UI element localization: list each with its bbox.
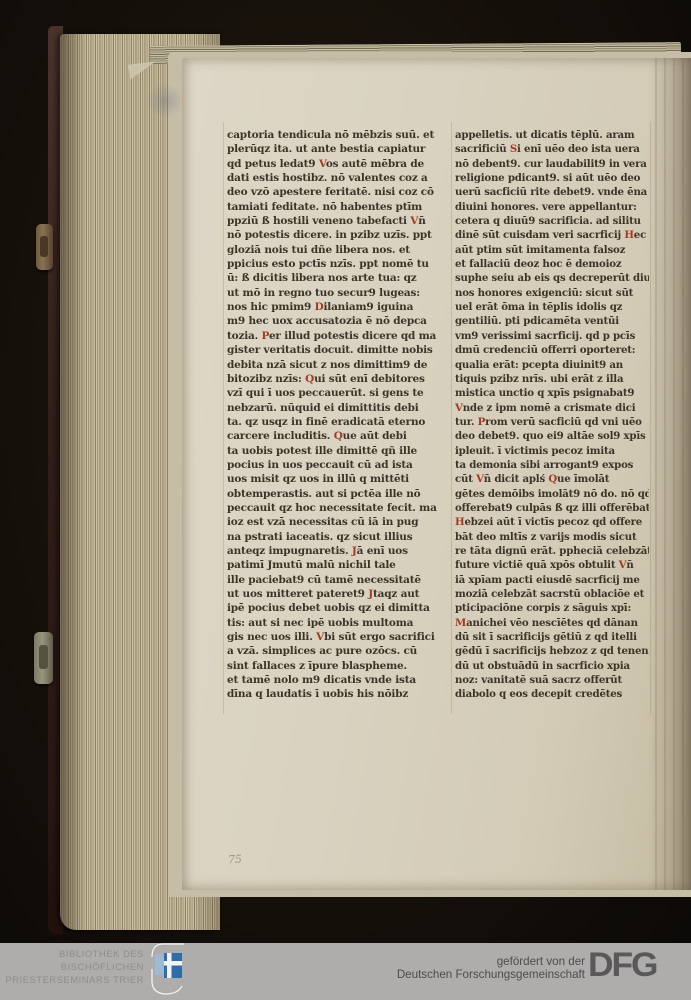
- manuscript-text-line: a vzā. simplices ac pure ozōcs. cū: [227, 644, 450, 658]
- manuscript-text-line: ut mō in regno tuo secur9 lugeas:: [227, 286, 450, 300]
- manuscript-text-line: dinē sūt cuisdam veri sacrficij Hec: [455, 228, 649, 242]
- manuscript-text-line: ta demonia sibi arrogant9 expos: [455, 458, 649, 472]
- manuscript-text-line: gēdū ī sacrificijs hebzoz z qd tenen: [455, 644, 649, 658]
- manuscript-text-line: deo debet9. quo ei9 altāe sol9 xpīs: [455, 429, 649, 443]
- manuscript-text-line: vzī qui ī uos peccauerūt. si gens te: [227, 386, 450, 400]
- manuscript-text-line: deo vzō apestere feritatē. nisi coz cō: [227, 185, 450, 199]
- manuscript-text-line: ta uobis potest ille dimittē qñ ille: [227, 444, 450, 458]
- manuscript-text-line: ipleuit. ī victimis pecoz imita: [455, 444, 649, 458]
- ruling-line-center: [451, 122, 452, 714]
- rubricated-initial: P: [478, 416, 485, 428]
- manuscript-text-line: cūt Vn̄ dicit aplś Que īmolāt: [455, 472, 649, 486]
- manuscript-text-line: patimī Jmutū malū nichil tale: [227, 558, 450, 572]
- manuscript-text-line: tur. Prom verū sacficiū qd vni uēo: [455, 415, 649, 429]
- manuscript-text-line: cetera q diuū9 sacrificia. ad silitu: [455, 214, 649, 228]
- rubricated-initial: V: [319, 158, 326, 170]
- dfg-logo: DFG: [588, 946, 656, 984]
- manuscript-text-line: dati estis hostibz. nō valentes coz a: [227, 171, 450, 185]
- manuscript-text-line: tamiati feditate. nō habentes ptīm: [227, 200, 450, 214]
- manuscript-text-line: dū ut obstuādū in sacrficio xpia: [455, 659, 649, 673]
- manuscript-text-line: ppziū ß hostili veneno tabefacti Vn̄: [227, 214, 450, 228]
- rubricated-initial: V: [410, 215, 418, 227]
- trier-seminary-library-logo-icon: [147, 941, 187, 997]
- manuscript-text-line: re tāta dignū erāt. ppheciā celebzāt: [455, 544, 649, 558]
- manuscript-text-line: et tamē nolo m9 dicatis vnde ista: [227, 673, 450, 687]
- manuscript-text-line: appelletis. ut dicatis tēplū. aram: [455, 128, 649, 142]
- manuscript-text-line: mistica unctio q xpīs psignabat9: [455, 386, 649, 400]
- book-clasp-bottom: [34, 632, 53, 684]
- rubricated-initial: V: [455, 402, 463, 414]
- ruling-line-left: [223, 122, 224, 714]
- manuscript-text-line: ū: ß dicitis libera nos arte tua: qz: [227, 271, 450, 285]
- manuscript-text-line: plerūqz ita. ut ante bestia capiatur: [227, 142, 450, 156]
- manuscript-text-line: bāt deo mltīs z varijs modis sicut: [455, 530, 649, 544]
- manuscript-text-line: suphe seiu ab eis qs decreperūt diui: [455, 271, 649, 285]
- text-column-left: captoria tendicula nō mēbzis suū. etpler…: [227, 128, 450, 708]
- manuscript-text-line: uel erāt ōma in tēplis idolis qz: [455, 300, 649, 314]
- manuscript-text-line: noz: vanitatē suā sacrz offerūt: [455, 673, 649, 687]
- manuscript-text-line: gentiliū. pti pdicamēta ventūi: [455, 314, 649, 328]
- manuscript-text-line: gis nec uos illi. Vbi sūt ergo sacrifici: [227, 630, 450, 644]
- manuscript-text-line: uerū sacficiū rite debet9. vnde ēna: [455, 185, 649, 199]
- manuscript-text-line: sacrificiū Si enī uēo deo ista uera: [455, 142, 649, 156]
- manuscript-text-line: obtemperastis. aut si pctēa ille nō: [227, 487, 450, 501]
- manuscript-text-line: pocius in uos peccauit cū ad ista: [227, 458, 450, 472]
- manuscript-text-line: tis: aut si nec ipē uobis multoma: [227, 616, 450, 630]
- manuscript-text-line: debita nzā sicut z nos dimittim9 de: [227, 358, 450, 372]
- manuscript-text-line: tozia. Per illud potestis dicere qd ma: [227, 329, 450, 343]
- ruling-line-right: [650, 122, 651, 714]
- manuscript-text-line: religione pdicant9. si aūt uēo deo: [455, 171, 649, 185]
- manuscript-text-line: nos hic pmim9 Dilaniam9 iguina: [227, 300, 450, 314]
- manuscript-text-line: m9 hec uox accusatozia ē nō depca: [227, 314, 450, 328]
- rubricated-initial: H: [624, 229, 633, 241]
- library-name-line: PRIESTERSEMINARS TRIER: [0, 974, 144, 987]
- manuscript-text-line: Hebzei aūt ī victīs pecoz qd offere: [455, 515, 649, 529]
- manuscript-text-line: qualia erāt: pcepta diuinit9 an: [455, 358, 649, 372]
- rubricated-initial: V: [476, 473, 484, 485]
- pencil-smudge-stain: [146, 84, 184, 118]
- manuscript-text-line: future victiē quā xpōs obtulit Vn̄: [455, 558, 649, 572]
- manuscript-text-line: ille paciebat9 cū tamē necessitatē: [227, 573, 450, 587]
- manuscript-text-line: Vnde z ipm nomē a crismate dici: [455, 401, 649, 415]
- manuscript-text-line: vm9 verissimi sacrficij. qd p pcīs: [455, 329, 649, 343]
- book-clasp-top: [36, 224, 53, 270]
- rubricated-initial: H: [455, 516, 464, 528]
- manuscript-text-line: ta. qz usqz in finē eradicatā eterno: [227, 415, 450, 429]
- manuscript-text-line: diabolo q eos decepit credētes: [455, 687, 649, 701]
- funding-credit-line: Deutschen Forschungsgemeinschaft: [335, 968, 585, 981]
- manuscript-text-line: na pstrati iaceatis. qz sicut illius: [227, 530, 450, 544]
- manuscript-text-line: tiquis pzibz nrīs. ubi erāt z illa: [455, 372, 649, 386]
- manuscript-photo-stage: captoria tendicula nō mēbzis suū. etpler…: [0, 0, 691, 1000]
- manuscript-text-line: moziā celebzāt sacrstū oblaciōe et: [455, 587, 649, 601]
- manuscript-text-line: ut uos mitteret pateret9 Jtaqz aut: [227, 587, 450, 601]
- funding-credit-line: gefördert von der: [335, 955, 585, 968]
- manuscript-text-line: Manichei vēo nescīētes qd dānan: [455, 616, 649, 630]
- manuscript-text-line: ioz est vzā necessitas cū iā in pug: [227, 515, 450, 529]
- rubricated-initial: Q: [548, 473, 557, 485]
- manuscript-text-line: dīna q laudatis ī uobis his nōibz: [227, 687, 450, 701]
- manuscript-text-line: diuini honores. vere appellantur:: [455, 200, 649, 214]
- manuscript-text-line: dmū credenciū offerri oporteret:: [455, 343, 649, 357]
- funding-credit: gefördert von der Deutschen Forschungsge…: [335, 955, 585, 981]
- manuscript-text-line: sint fallaces z īpure blaspheme.: [227, 659, 450, 673]
- manuscript-text-line: ppicius esto pctīs nzīs. ppt nomē tu: [227, 257, 450, 271]
- manuscript-text-line: gloziā nois tui dñe libera nos. et: [227, 243, 450, 257]
- library-name-line: BIBLIOTHEK DES: [0, 948, 144, 961]
- rubricated-initial: P: [262, 330, 269, 342]
- book-gutter-shadow: [648, 58, 691, 890]
- manuscript-text-line: peccauit qz hoc necessitate fecit. ma: [227, 501, 450, 515]
- manuscript-text-line: uos misit qz uos in illū q mittēti: [227, 472, 450, 486]
- manuscript-text-line: captoria tendicula nō mēbzis suū. et: [227, 128, 450, 142]
- rubricated-initial: V: [619, 559, 627, 571]
- rubricated-initial: J: [352, 545, 357, 557]
- manuscript-text-line: nō debent9. cur laudabilit9 in vera: [455, 157, 649, 171]
- manuscript-text-line: aūt ptim sūt imitamenta falsoz: [455, 243, 649, 257]
- manuscript-text-line: dū sit ī sacrificijs gētiū z qd itelli: [455, 630, 649, 644]
- manuscript-text-line: nos honores exigenciū: sicut sūt: [455, 286, 649, 300]
- folio-number: 75: [228, 853, 243, 867]
- manuscript-text-line: bitozibz nzīs: Qui sūt enī debitores: [227, 372, 450, 386]
- manuscript-text-line: iā xpīam pacti eiusdē sacrficij me: [455, 573, 649, 587]
- manuscript-text-line: anteqz impugnaretis. Jā enī uos: [227, 544, 450, 558]
- text-column-right: appelletis. ut dicatis tēplū. aramsacrif…: [455, 128, 649, 708]
- manuscript-text-line: ipē pocius debet uobis qz ei dimitta: [227, 601, 450, 615]
- manuscript-text-line: et fallaciū deoz hoc ē demoioz: [455, 257, 649, 271]
- manuscript-text-line: carcere includitis. Que aūt debi: [227, 429, 450, 443]
- manuscript-text-line: offerebat9 culpās ß qz illi offerēbatur: [455, 501, 649, 515]
- library-name-line: BISCHÖFLICHEN: [0, 961, 144, 974]
- rubricated-initial: M: [455, 617, 466, 629]
- manuscript-text-line: gister veritatis docuit. dimitte nobis: [227, 343, 450, 357]
- library-name: BIBLIOTHEK DES BISCHÖFLICHEN PRIESTERSEM…: [0, 948, 144, 987]
- rubricated-initial: D: [315, 301, 324, 313]
- rubricated-initial: V: [316, 631, 324, 643]
- manuscript-text-line: gētes demōibs imolāt9 nō do. nō qd: [455, 487, 649, 501]
- manuscript-text-line: nebzarū. nūquid ei dimittitis debi: [227, 401, 450, 415]
- rubricated-initial: S: [510, 143, 517, 155]
- manuscript-text-line: pticipaciōne corpis z sāguis xpī:: [455, 601, 649, 615]
- rubricated-initial: Q: [334, 430, 343, 442]
- manuscript-text-line: qd petus ledat9 Vos autē mēbra de: [227, 157, 450, 171]
- rubricated-initial: Q: [305, 373, 314, 385]
- rubricated-initial: J: [368, 588, 373, 600]
- manuscript-text-line: nō potestis dicere. in pzibz uzīs. ppt: [227, 228, 450, 242]
